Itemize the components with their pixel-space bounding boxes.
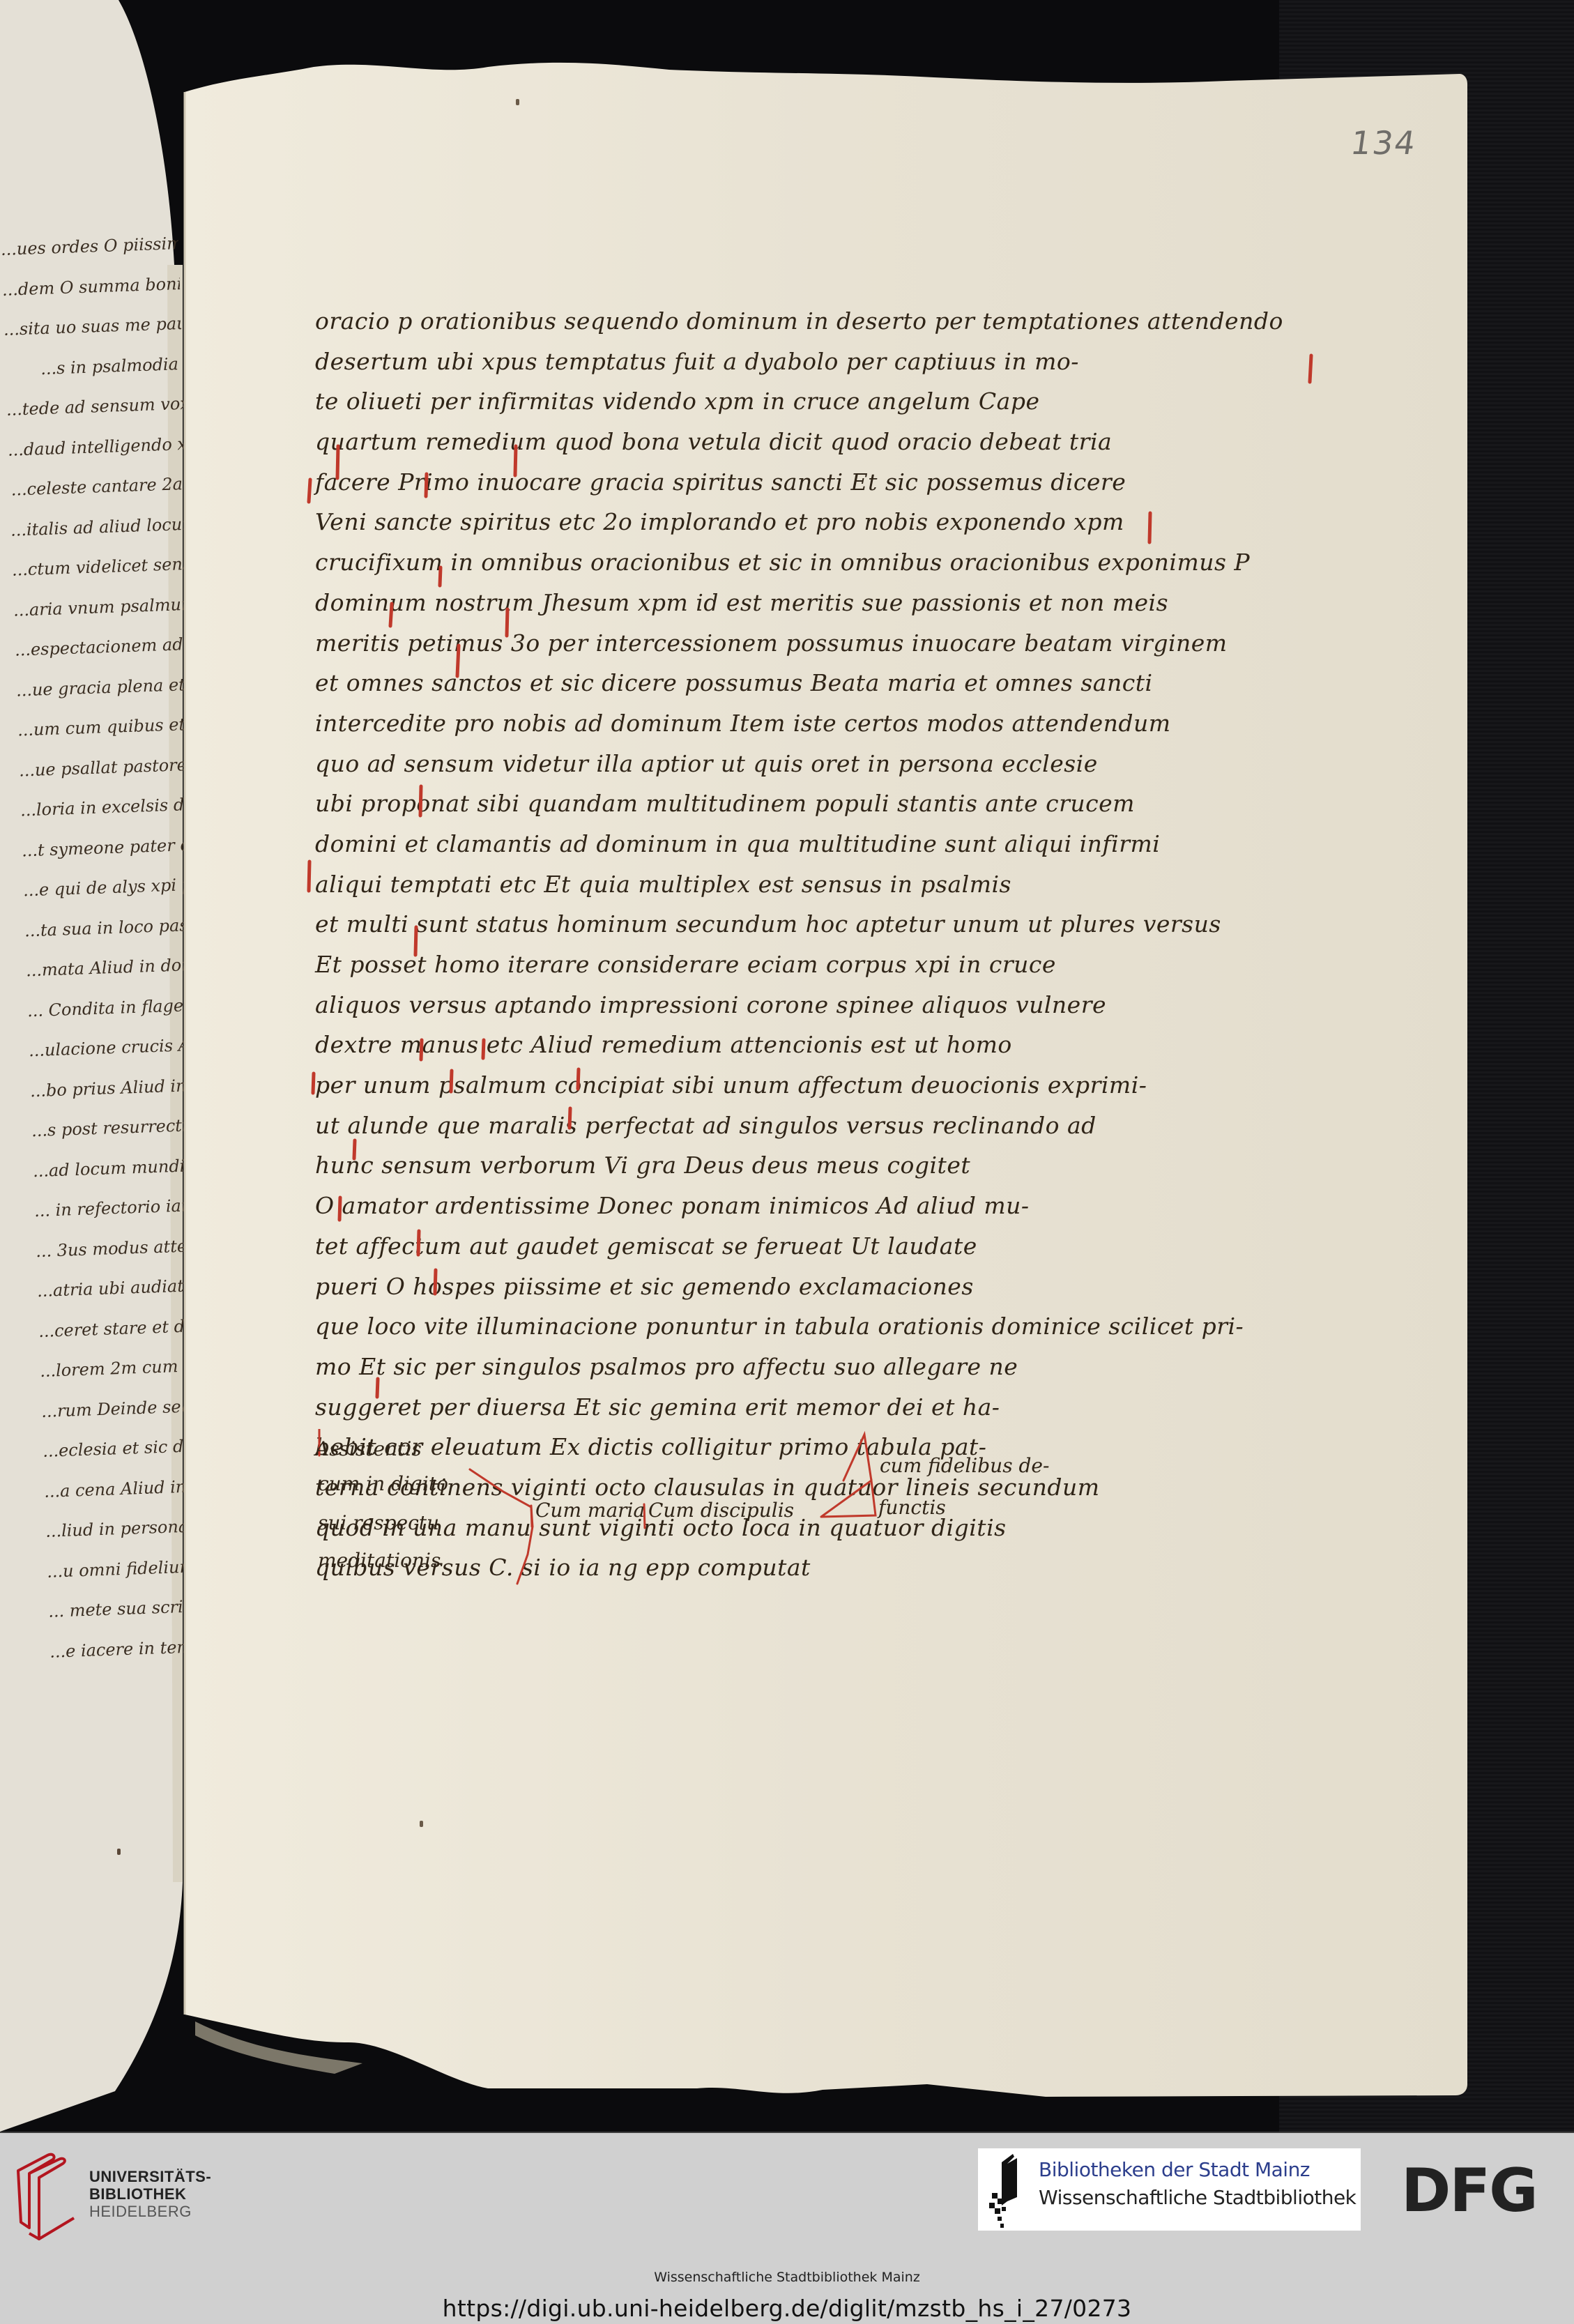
text-line: crucifixum in omnibus oracionibus et sic… [315, 542, 1138, 583]
ink-speck [420, 1821, 423, 1827]
diagram-left-item: sui respectu [318, 1511, 439, 1534]
mainz-line-1: Bibliotheken der Stadt Mainz [1039, 2158, 1310, 2181]
text-line: et omnes sanctos et sic dicere possumus … [315, 663, 1138, 703]
text-line: per unum psalmum concipiat sibi unum aff… [315, 1065, 1138, 1106]
permalink-url[interactable]: https://digi.ub.uni-heidelberg.de/diglit… [0, 2295, 1574, 2322]
text-line: quo ad sensum videtur illa aptior ut qui… [315, 744, 1138, 784]
text-line: quartum remedium quod bona vetula dicit … [315, 422, 1138, 462]
ink-speck [516, 99, 519, 105]
ub-line-3: HEIDELBERG [89, 2203, 211, 2220]
text-line: aliquos versus aptando impressioni coron… [315, 985, 1138, 1025]
viewer-footer: UNIVERSITÄTS- BIBLIOTHEK HEIDELBERG Bibl… [0, 2132, 1574, 2324]
diagram-left-item: cum in digito [318, 1472, 448, 1495]
text-line: O amator ardentissime Donec ponam inimic… [315, 1186, 1138, 1226]
dfg-logo[interactable]: DFG [1401, 2161, 1537, 2221]
stadtbibliothek-mainz-logo[interactable]: Bibliotheken der Stadt Mainz Wissenschaf… [978, 2148, 1361, 2231]
text-line: aliqui temptati etc Et quia multiplex es… [315, 864, 1138, 905]
text-line: meritis petimus 3o per intercessionem po… [315, 623, 1138, 664]
diagram-center-item: Cum maria [535, 1499, 645, 1522]
text-line: et multi sunt status hominum secundum ho… [315, 904, 1138, 945]
text-line: Et posset homo iterare considerare eciam… [315, 945, 1138, 985]
text-line: suggeret per diuersa Et sic gemina erit … [315, 1387, 1138, 1428]
diagram-left-item: Assistentis [315, 1437, 422, 1460]
ub-heidelberg-wordmark: UNIVERSITÄTS- BIBLIOTHEK HEIDELBERG [89, 2168, 211, 2220]
folio-number: 134 [1348, 124, 1419, 162]
text-line: pueri O hospes piissime et sic gemendo e… [315, 1267, 1138, 1307]
text-line: desertum ubi xpus temptatus fuit a dyabo… [315, 342, 1138, 382]
manuscript-scan: ...ues ordes O piissime pr ...dem O summ… [0, 0, 1574, 2132]
ub-line-1: UNIVERSITÄTS- [89, 2168, 211, 2185]
text-line: ut alunde que maralis perfectat ad singu… [315, 1106, 1138, 1146]
ub-heidelberg-logo[interactable]: UNIVERSITÄTS- BIBLIOTHEK HEIDELBERG [14, 2153, 209, 2243]
text-line: facere Primo inuocare gracia spiritus sa… [315, 462, 1138, 503]
ub-heidelberg-book-icon [14, 2153, 77, 2243]
text-line: tet affectum aut gaudet gemiscat se feru… [315, 1226, 1138, 1267]
text-line: Veni sancte spiritus etc 2o implorando e… [315, 502, 1138, 542]
mainz-book-icon [986, 2153, 1035, 2229]
diagram-left-item: meditationis [318, 1549, 441, 1572]
ink-speck [117, 1849, 121, 1855]
text-line: te oliueti per infirmitas videndo xpm in… [315, 381, 1138, 422]
text-line: mo Et sic per singulos psalmos pro affec… [315, 1347, 1138, 1387]
diagram-center-item: Cum discipulis [648, 1499, 794, 1522]
text-line: ubi proponat sibi quandam multitudinem p… [315, 783, 1138, 824]
permalink-link[interactable]: https://digi.ub.uni-heidelberg.de/diglit… [443, 2295, 1132, 2322]
holding-institution-caption: Wissenschaftliche Stadtbibliothek Mainz [0, 2270, 1574, 2285]
manuscript-text-block: oracio p orationibus sequendo dominum in… [315, 301, 1138, 1588]
text-line: hunc sensum verborum Vi gra Deus deus me… [315, 1145, 1138, 1186]
text-line: oracio p orationibus sequendo dominum in… [315, 301, 1138, 342]
text-line: domini et clamantis ad dominum in qua mu… [315, 824, 1138, 864]
text-line: dextre manus etc Aliud remedium attencio… [315, 1025, 1138, 1065]
text-line: dominum nostrum Jhesum xpm id est meriti… [315, 583, 1138, 623]
bracket-diagram: Assistentis cum in digito sui respectu m… [315, 1429, 1152, 1596]
ub-line-2: BIBLIOTHEK [89, 2185, 211, 2203]
text-line: que loco vite illuminacione ponuntur in … [315, 1306, 1138, 1347]
diagram-right-item: cum fidelibus de- [880, 1454, 1049, 1477]
diagram-right-item: functis [878, 1496, 946, 1519]
mainz-line-2: Wissenschaftliche Stadtbibliothek [1039, 2186, 1356, 2209]
text-line: intercedite pro nobis ad dominum Item is… [315, 703, 1138, 744]
